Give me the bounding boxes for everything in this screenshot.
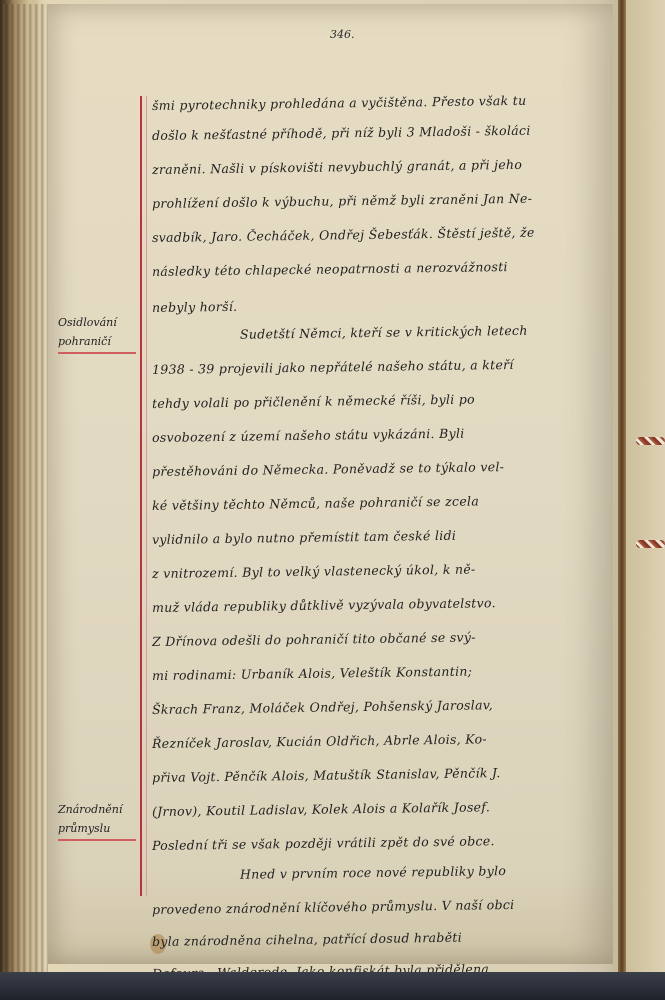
red-underline [58,839,136,841]
margin-heading-line1: Znárodnění [58,800,138,819]
page-number: 346. [330,28,355,41]
binding-thread-upper [636,437,665,445]
margin-heading-line2: průmyslu [58,819,138,838]
margin-heading-line2: pohraničí [58,332,138,351]
binding-thread-lower [636,540,665,548]
ledger-book: 346. OsidlovánípohraničíZnárodněníprůmys… [0,0,665,972]
background-shadow [0,972,665,1000]
book-spine-gutter [618,0,626,972]
page-edges [0,4,48,972]
margin-heading-line1: Osidlování [58,313,138,332]
pink-margin-rule [146,96,147,896]
red-underline [58,352,136,354]
margin-heading: Znárodněníprůmyslu [58,800,138,841]
facing-page-edge [626,0,665,972]
red-margin-rule [140,96,142,896]
margin-heading: Osidlovánípohraničí [58,313,138,354]
